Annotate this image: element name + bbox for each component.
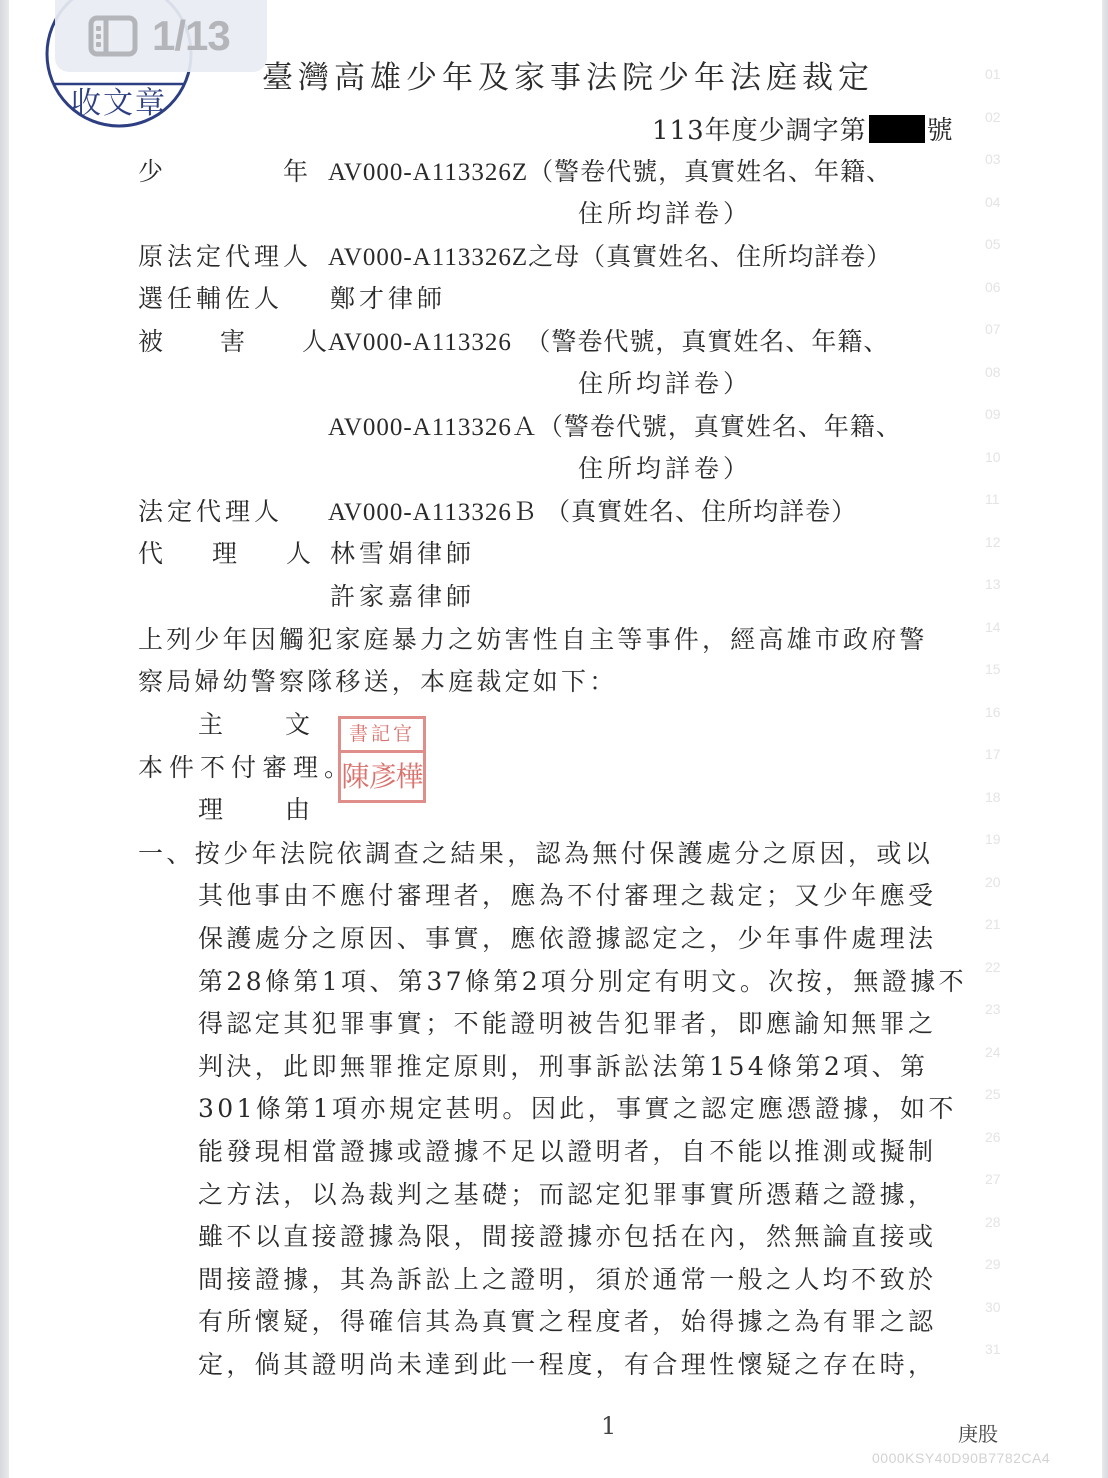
- line-number: 08: [985, 364, 1025, 407]
- line-number: 09: [985, 406, 1025, 449]
- reason-line-10: 雖不以直接證據為限，間接證據亦包括在內，然無論直接或: [198, 1217, 936, 1253]
- document-code: 0000KSY40D90B7782CA4: [872, 1450, 1050, 1466]
- line-number: 20: [985, 874, 1025, 917]
- line-number: 12: [985, 534, 1025, 577]
- party-value-attorney-1: 林雪娟律師: [330, 534, 475, 570]
- intro-line-2: 察局婦幼警察隊移送，本庭裁定如下：: [138, 662, 617, 698]
- party-label-juvenile: 少 年: [138, 152, 312, 188]
- line-number: 24: [985, 1044, 1025, 1087]
- document-title: 臺灣高雄少年及家事法院少年法庭裁定: [262, 52, 874, 97]
- reason-line-1: 一、按少年法院依調查之結果，認為無付保護處分之原因，或以: [138, 834, 933, 870]
- line-number: 14: [985, 619, 1025, 662]
- line-number: 03: [985, 151, 1025, 194]
- party-value-attorney-2: 許家嘉律師: [330, 577, 475, 613]
- line-number: 28: [985, 1214, 1025, 1257]
- sidebar-icon[interactable]: [88, 15, 138, 57]
- page-number: 1: [601, 1412, 616, 1440]
- reason-line-4: 第28條第1項、第37條第2項分別定有明文。次按，無證據不: [198, 962, 967, 998]
- party-value-juvenile: AV000-A113326Z（警卷代號，真實姓名、年籍、: [328, 152, 892, 188]
- line-number: 26: [985, 1129, 1025, 1172]
- party-label-attorney: 代 理 人: [138, 534, 323, 570]
- reason-line-13: 定，倘其證明尚未達到此一程度，有合理性懷疑之存在時，: [198, 1345, 936, 1381]
- court-division: 庚股: [958, 1418, 998, 1447]
- line-number: 07: [985, 321, 1025, 364]
- case-number-suffix: 號: [927, 110, 954, 147]
- party-label-assistant: 選任輔佐人: [138, 279, 283, 315]
- reason-line-11: 間接證據，其為訴訟上之證明，須於通常一般之人均不致於: [198, 1260, 936, 1296]
- reason-line-12: 有所懷疑，得確信其為真實之程度者，始得據之為有罪之認: [198, 1302, 936, 1338]
- party-value-former-guardian: AV000-A113326Z之母（真實姓名、住所均詳卷）: [328, 237, 892, 273]
- party-continuation-victim-2: 住所均詳卷）: [578, 449, 752, 485]
- party-value-legal-guardian: AV000-A113326Ｂ （真實姓名、住所均詳卷）: [328, 492, 857, 528]
- reason-line-6: 判決，此即無罪推定原則，刑事訴訟法第154條第2項、第: [198, 1047, 928, 1083]
- page-count: 1/13: [152, 12, 230, 60]
- line-number: 13: [985, 576, 1025, 619]
- line-number: 04: [985, 194, 1025, 237]
- party-continuation-juvenile: 住所均詳卷）: [578, 194, 752, 230]
- viewer-scrollbar[interactable]: [1102, 0, 1108, 1478]
- line-number: 11: [985, 491, 1025, 534]
- page-indicator[interactable]: 1/13: [55, 0, 267, 72]
- line-number: 29: [985, 1256, 1025, 1299]
- line-number: 23: [985, 1001, 1025, 1044]
- line-number: 10: [985, 449, 1025, 492]
- line-number: 16: [985, 704, 1025, 747]
- redaction-block: [869, 115, 925, 143]
- main-text: 本件不付審理。: [138, 748, 355, 784]
- line-number: 25: [985, 1086, 1025, 1129]
- reason-line-7: 301條第1項亦規定甚明。因此，事實之認定應憑證據，如不: [198, 1089, 957, 1125]
- line-number: 19: [985, 831, 1025, 874]
- line-number: 06: [985, 279, 1025, 322]
- line-number: 02: [985, 109, 1025, 152]
- line-number: 30: [985, 1299, 1025, 1342]
- party-label-victim: 被 害 人: [138, 322, 343, 358]
- reason-line-5: 得認定其犯罪事實；不能證明被告犯罪者，即應諭知無罪之: [198, 1004, 936, 1040]
- party-value-assistant: 鄭才律師: [330, 279, 446, 315]
- main-heading: 主 文: [198, 705, 314, 741]
- line-number: 27: [985, 1171, 1025, 1214]
- line-number: 05: [985, 236, 1025, 279]
- clerk-seal: 書記官 陳彥樺: [338, 716, 426, 803]
- reason-heading: 理 由: [198, 790, 314, 826]
- line-number: 17: [985, 746, 1025, 789]
- line-number: 21: [985, 916, 1025, 959]
- line-number: 01: [985, 66, 1025, 109]
- line-number-column: 01 02 03 04 05 06 07 08 09 10 11 12 13 1…: [985, 66, 1025, 1384]
- party-label-legal-guardian: 法定代理人: [138, 492, 283, 528]
- receipt-stamp-label: 收文章: [43, 78, 195, 122]
- party-value-victim-2: AV000-A113326Ａ（警卷代號，真實姓名、年籍、: [328, 407, 902, 443]
- case-number: 113年度少調字第 號: [652, 110, 954, 147]
- party-value-victim-1: AV000-A113326 （警卷代號，真實姓名、年籍、: [328, 322, 889, 358]
- reason-line-9: 之方法，以為裁判之基礎；而認定犯罪事實所憑藉之證據，: [198, 1175, 936, 1211]
- viewer-left-edge: [0, 0, 9, 1478]
- party-continuation-victim-1: 住所均詳卷）: [578, 364, 752, 400]
- clerk-seal-title: 書記官: [341, 719, 423, 753]
- line-number: 22: [985, 959, 1025, 1002]
- reason-line-3: 保護處分之原因、事實，應依證據認定之，少年事件處理法: [198, 919, 936, 955]
- reason-line-8: 能發現相當證據或證據不足以證明者，自不能以推測或擬制: [198, 1132, 936, 1168]
- line-number: 18: [985, 789, 1025, 832]
- party-label-former-guardian: 原法定代理人: [138, 237, 312, 273]
- reason-line-2: 其他事由不應付審理者，應為不付審理之裁定；又少年應受: [198, 876, 936, 912]
- line-number: 15: [985, 661, 1025, 704]
- case-number-prefix: 113年度少調字第: [652, 110, 867, 147]
- line-number: 31: [985, 1341, 1025, 1384]
- intro-line-1: 上列少年因觸犯家庭暴力之妨害性自主等事件，經高雄市政府警: [138, 620, 928, 656]
- clerk-seal-name: 陳彥樺: [341, 753, 423, 801]
